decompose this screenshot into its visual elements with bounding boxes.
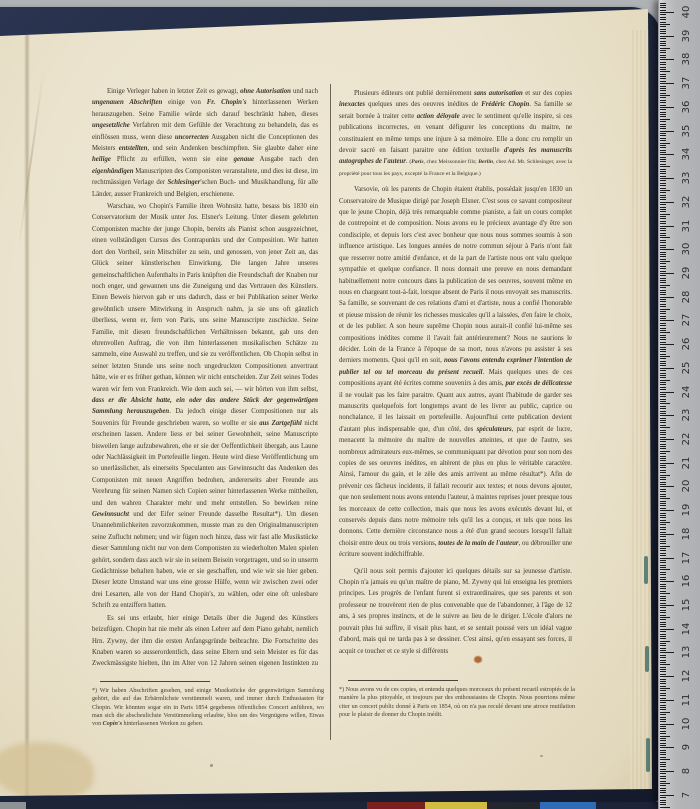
ruler-tick — [660, 719, 666, 720]
ruler-tick — [660, 479, 666, 480]
ruler-tick — [660, 553, 666, 554]
ruler-tick — [660, 268, 666, 269]
ruler-tick — [660, 612, 666, 613]
german-paragraph: Warschau, wo Chopin's Familie ihren Wohn… — [92, 201, 318, 612]
ruler-tick — [660, 131, 674, 132]
ruler-tick — [660, 757, 666, 758]
ruler-tick — [660, 202, 674, 203]
ruler-tick — [660, 311, 666, 312]
ruler-tick — [660, 698, 666, 699]
ruler-tick — [660, 57, 666, 58]
edge-mark — [644, 556, 648, 584]
ruler-tick — [660, 491, 666, 492]
ruler-tick — [660, 81, 666, 82]
french-text-column: Plusieurs éditeurs ont publié dernièreme… — [339, 88, 572, 664]
ruler-label: 22 — [681, 429, 693, 449]
ruler-label: 16 — [681, 571, 693, 591]
ruler-tick — [660, 164, 666, 165]
ruler-tick — [660, 358, 666, 359]
ruler-tick — [660, 273, 674, 274]
ruler-tick — [660, 97, 666, 98]
french-paragraph: Qu'il nous soit permis d'ajouter ici que… — [339, 566, 572, 657]
ruler-tick — [660, 382, 666, 383]
ruler-tick — [660, 501, 666, 502]
ruler-tick — [660, 785, 666, 786]
page-crease — [17, 71, 44, 250]
stain — [210, 764, 213, 767]
ruler-tick — [660, 169, 666, 170]
ruler-tick — [660, 339, 666, 340]
ruler-tick — [660, 318, 666, 319]
ruler-tick — [660, 546, 670, 547]
ruler-tick — [660, 702, 666, 703]
ruler-label: 37 — [681, 73, 693, 93]
ruler-label: 8 — [681, 761, 693, 781]
ruler-tick — [660, 356, 670, 357]
ruler-tick — [660, 119, 670, 120]
ruler-tick — [660, 323, 666, 324]
ruler-tick — [660, 226, 674, 227]
ruler-tick — [660, 617, 670, 618]
ruler-tick — [660, 3, 666, 4]
ruler-label: 35 — [681, 121, 693, 141]
ruler-tick — [660, 783, 670, 784]
ruler-tick — [660, 5, 666, 6]
ruler-tick — [660, 743, 666, 744]
ruler-tick — [660, 325, 666, 326]
french-paragraph: Plusieurs éditeurs ont publié dernièreme… — [339, 88, 572, 179]
ruler-tick — [660, 610, 666, 611]
ruler-tick — [660, 453, 666, 454]
ruler-tick — [660, 389, 666, 390]
ruler-tick — [660, 532, 666, 533]
ruler-tick — [660, 342, 666, 343]
ruler-tick — [660, 211, 666, 212]
ruler-tick — [660, 259, 666, 260]
ruler-tick — [660, 681, 666, 682]
ruler-tick — [660, 662, 666, 663]
ruler-tick — [660, 695, 666, 696]
ruler-tick — [660, 309, 670, 310]
ruler-tick — [660, 548, 666, 549]
ruler-tick — [660, 539, 666, 540]
ruler-tick — [660, 762, 666, 763]
color-bar-segment — [540, 802, 596, 809]
page-edge-stack — [630, 30, 650, 790]
ruler-tick — [660, 278, 666, 279]
ruler-label: 21 — [681, 453, 693, 473]
ruler-tick — [660, 693, 666, 694]
ruler-label: 18 — [681, 524, 693, 544]
ruler-tick — [660, 536, 666, 537]
ruler-tick — [660, 541, 666, 542]
ruler-tick — [660, 736, 670, 737]
ruler-tick — [660, 126, 666, 127]
ruler-tick — [660, 256, 666, 257]
ruler-tick — [660, 591, 666, 592]
ruler-tick — [660, 41, 666, 42]
ruler-tick — [660, 394, 666, 395]
ruler-tick — [660, 192, 666, 193]
ruler-tick — [660, 448, 666, 449]
ruler-tick — [660, 517, 666, 518]
ruler-tick — [660, 292, 666, 293]
ruler-tick — [660, 116, 666, 117]
ruler-tick — [660, 12, 674, 13]
ruler-tick — [660, 363, 666, 364]
ruler-tick — [660, 55, 666, 56]
ruler-tick — [660, 645, 666, 646]
ruler-tick — [660, 494, 666, 495]
ruler-tick — [660, 778, 666, 779]
ruler-tick — [660, 460, 666, 461]
ruler-tick — [660, 676, 674, 677]
ruler-tick — [660, 520, 666, 521]
ruler-tick — [660, 95, 670, 96]
ruler-tick — [660, 159, 666, 160]
ruler-tick — [660, 631, 666, 632]
ruler-tick — [660, 166, 670, 167]
ruler-tick — [660, 669, 666, 670]
ruler-tick — [660, 565, 666, 566]
french-footnote: *) Nous avons vu de ces copies, et enten… — [339, 686, 575, 736]
ruler-tick — [660, 643, 666, 644]
footnote-separator — [100, 681, 210, 682]
ruler-tick — [660, 183, 666, 184]
ruler-tick — [660, 403, 670, 404]
ruler-tick — [660, 107, 674, 108]
ruler-tick — [660, 458, 666, 459]
ruler-tick — [660, 74, 666, 75]
ruler-tick — [660, 550, 666, 551]
ruler-tick — [660, 600, 666, 601]
ruler-label: 25 — [681, 358, 693, 378]
ruler-tick — [660, 427, 670, 428]
ruler-label: 30 — [681, 239, 693, 259]
ruler-tick — [660, 154, 674, 155]
ruler-tick — [660, 64, 666, 65]
ruler-tick — [660, 771, 674, 772]
ruler-tick — [660, 62, 666, 63]
ruler-tick — [660, 254, 666, 255]
edge-mark — [645, 646, 649, 672]
ruler-tick — [660, 752, 666, 753]
ruler-tick — [660, 176, 666, 177]
ruler-tick — [660, 14, 666, 15]
ruler-tick — [660, 733, 666, 734]
ruler-tick — [660, 7, 666, 8]
ruler-tick — [660, 185, 666, 186]
ruler-tick — [660, 59, 674, 60]
ruler-tick — [660, 242, 666, 243]
color-bar-segment — [425, 802, 487, 809]
ruler-tick — [660, 233, 666, 234]
ruler-tick — [660, 657, 666, 658]
ruler-tick — [660, 728, 666, 729]
ruler-tick — [660, 401, 666, 402]
ruler-tick — [660, 420, 666, 421]
ruler-tick — [660, 195, 666, 196]
footnote-separator — [348, 680, 458, 681]
ruler-tick — [660, 76, 666, 77]
ruler-tick — [660, 271, 666, 272]
ruler-tick — [660, 330, 666, 331]
ruler-label: 17 — [681, 548, 693, 568]
ruler-tick — [660, 626, 666, 627]
ruler-tick — [660, 247, 666, 248]
ruler-tick — [660, 508, 666, 509]
ruler-tick — [660, 615, 666, 616]
ruler-label: 19 — [681, 500, 693, 520]
ruler-tick — [660, 790, 666, 791]
ruler-tick — [660, 795, 674, 796]
stain — [540, 755, 543, 757]
ruler-tick — [660, 475, 670, 476]
ruler-tick — [660, 472, 666, 473]
ruler-tick — [660, 240, 666, 241]
ruler-tick — [660, 437, 666, 438]
ruler-tick — [660, 634, 666, 635]
ruler-tick — [660, 266, 666, 267]
ruler-tick — [660, 802, 666, 803]
ruler-tick — [660, 598, 666, 599]
ruler-tick — [660, 88, 666, 89]
ruler-tick — [660, 705, 666, 706]
ruler-tick — [660, 38, 666, 39]
ruler-tick — [660, 660, 666, 661]
ruler-tick — [660, 140, 666, 141]
color-bar-segment — [487, 802, 540, 809]
ruler-tick — [660, 792, 666, 793]
ruler-tick — [660, 650, 666, 651]
ruler-tick — [660, 446, 666, 447]
ruler-tick — [660, 373, 666, 374]
ruler-tick — [660, 93, 666, 94]
ruler-tick — [660, 188, 666, 189]
ruler-tick — [660, 766, 666, 767]
column-divider — [330, 84, 331, 740]
ruler-tick — [660, 31, 666, 32]
ruler-tick — [660, 456, 666, 457]
ruler-tick — [660, 714, 666, 715]
ruler-tick — [660, 50, 666, 51]
ruler-tick — [660, 560, 666, 561]
ruler-tick — [660, 750, 666, 751]
ruler-tick — [660, 150, 666, 151]
ruler-tick — [660, 171, 666, 172]
ruler-tick — [660, 178, 674, 179]
ruler-tick — [660, 667, 666, 668]
ruler-tick — [660, 377, 666, 378]
ruler-tick — [660, 515, 666, 516]
ruler-tick — [660, 22, 666, 23]
ruler-tick — [660, 209, 666, 210]
ruler-tick — [660, 569, 670, 570]
ruler-tick — [660, 558, 674, 559]
ruler-tick — [660, 522, 670, 523]
ruler-tick — [660, 332, 670, 333]
ruler-tick — [660, 280, 666, 281]
ruler-tick — [660, 152, 666, 153]
ruler-tick — [660, 418, 666, 419]
ruler-tick — [660, 679, 666, 680]
ruler-tick — [660, 328, 666, 329]
ruler-label: 33 — [681, 168, 693, 188]
ruler-tick — [660, 52, 666, 53]
ruler-tick — [660, 740, 666, 741]
ruler-tick — [660, 387, 666, 388]
ruler-tick — [660, 467, 666, 468]
ruler-tick — [660, 282, 666, 283]
ruler-tick — [660, 415, 674, 416]
ruler-tick — [660, 804, 666, 805]
ruler-tick — [660, 275, 666, 276]
german-text-column: Einige Verleger haben in letzter Zeit es… — [92, 86, 318, 668]
ruler-tick — [660, 683, 666, 684]
ruler-tick — [660, 484, 666, 485]
ruler-tick — [660, 588, 666, 589]
ruler-tick — [660, 218, 666, 219]
ruler-label: 12 — [681, 666, 693, 686]
ruler-tick — [660, 562, 666, 563]
ruler-tick — [660, 745, 666, 746]
ruler-tick — [660, 252, 666, 253]
ruler-tick — [660, 10, 666, 11]
color-calibration-strip — [0, 802, 658, 809]
ruler-tick — [660, 769, 666, 770]
ruler-tick — [660, 652, 674, 653]
ruler-tick — [660, 128, 666, 129]
stain — [0, 742, 94, 800]
ruler-tick — [660, 287, 666, 288]
ruler-tick — [660, 237, 670, 238]
ruler-tick — [660, 586, 666, 587]
ruler-tick — [660, 102, 666, 103]
ruler-tick — [660, 574, 666, 575]
ruler-tick — [660, 688, 670, 689]
ruler-label: 9 — [681, 737, 693, 757]
edge-mark — [646, 738, 650, 772]
ruler-tick — [660, 19, 666, 20]
color-bar-segment — [26, 802, 366, 809]
ruler: 4039383736353433323130292827262524232221… — [658, 0, 700, 809]
ruler-tick — [660, 216, 666, 217]
ruler-tick — [660, 221, 666, 222]
ruler-tick — [660, 375, 666, 376]
german-paragraph: Einige Verleger haben in letzter Zeit es… — [92, 86, 318, 200]
ruler-tick — [660, 157, 666, 158]
ruler-tick — [660, 313, 666, 314]
ruler-tick — [660, 105, 666, 106]
ruler-tick — [660, 422, 666, 423]
ruler-tick — [660, 114, 666, 115]
ruler-tick — [660, 764, 666, 765]
ruler-label: 7 — [681, 785, 693, 805]
ruler-tick — [660, 503, 666, 504]
ruler-tick — [660, 365, 666, 366]
ruler-tick — [660, 555, 666, 556]
ruler-tick — [660, 624, 666, 625]
ruler-label: 32 — [681, 192, 693, 212]
ruler-tick — [660, 285, 670, 286]
ruler-tick — [660, 297, 674, 298]
ruler-tick — [660, 223, 666, 224]
ruler-tick — [660, 797, 666, 798]
ruler-label: 40 — [681, 2, 693, 22]
ruler-tick — [660, 444, 666, 445]
ruler-tick — [660, 807, 670, 808]
ruler-tick — [660, 261, 670, 262]
german-footnote: *) Wir haben Abschriften gesehen, und ei… — [92, 687, 324, 741]
ruler-tick — [660, 392, 674, 393]
ruler-tick — [660, 411, 666, 412]
ruler-tick — [660, 482, 666, 483]
ruler-tick — [660, 347, 666, 348]
ruler-tick — [660, 204, 666, 205]
ruler-tick — [660, 496, 666, 497]
ruler-tick — [660, 135, 666, 136]
ruler-tick — [660, 712, 670, 713]
ruler-label: 10 — [681, 714, 693, 734]
ruler-tick — [660, 726, 666, 727]
ruler-tick — [660, 776, 666, 777]
ruler-label: 15 — [681, 595, 693, 615]
ruler-tick — [660, 121, 666, 122]
ruler-tick — [660, 138, 666, 139]
ruler-tick — [660, 700, 674, 701]
ruler-tick — [660, 306, 666, 307]
ruler-tick — [660, 709, 666, 710]
ruler-tick — [660, 596, 666, 597]
ruler-label: 39 — [681, 26, 693, 46]
ruler-tick — [660, 67, 666, 68]
ruler-tick — [660, 648, 666, 649]
ruler-tick — [660, 263, 666, 264]
ruler-tick — [660, 399, 666, 400]
ruler-label: 13 — [681, 642, 693, 662]
ruler-tick — [660, 24, 670, 25]
ruler-tick — [660, 100, 666, 101]
ruler-tick — [660, 230, 666, 231]
ruler-tick — [660, 43, 666, 44]
french-paragraph: Varsovie, où les parents de Chopin étaie… — [339, 184, 572, 560]
ruler-tick — [660, 441, 666, 442]
ruler-tick — [660, 527, 666, 528]
ruler-tick — [660, 641, 670, 642]
ruler-tick — [660, 510, 674, 511]
ruler-tick — [660, 83, 674, 84]
ruler-tick — [660, 629, 674, 630]
ruler-tick — [660, 721, 666, 722]
ruler-tick — [660, 361, 666, 362]
ruler-tick — [660, 197, 666, 198]
ruler-tick — [660, 759, 670, 760]
ruler-tick — [660, 754, 666, 755]
color-bar-segment — [367, 802, 425, 809]
ruler-tick — [660, 180, 666, 181]
ruler-tick — [660, 477, 666, 478]
ruler-tick — [660, 524, 666, 525]
ruler-tick — [660, 577, 666, 578]
ruler-tick — [660, 214, 670, 215]
ruler-tick — [660, 133, 666, 134]
german-paragraph: Es sei uns erlaubt, hier einige Details … — [92, 613, 318, 668]
ruler-tick — [660, 451, 670, 452]
ruler-tick — [660, 731, 666, 732]
ruler-tick — [660, 664, 670, 665]
ruler-tick — [660, 335, 666, 336]
ruler-tick — [660, 370, 666, 371]
